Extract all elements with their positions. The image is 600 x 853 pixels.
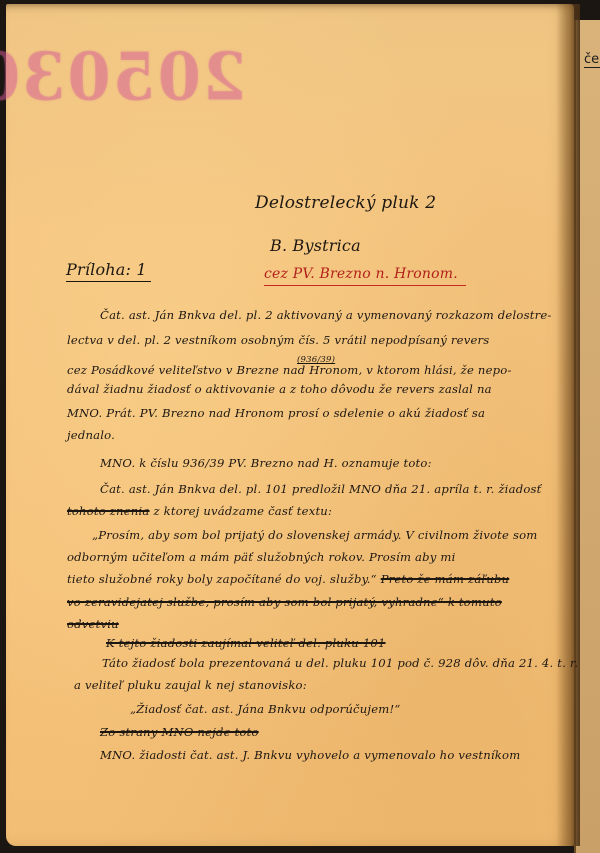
text-line: lectva v del. pl. 2 vestníkom osobným čí… bbox=[67, 335, 489, 347]
routing-note-red: cez PV. Brezno n. Hronom. bbox=[264, 266, 466, 286]
struck-text: tohoto znenia bbox=[67, 504, 150, 518]
text-line: tohoto znenia z ktorej uvádzame časť tex… bbox=[67, 506, 332, 518]
document-page bbox=[6, 4, 574, 846]
registry-stamp: 205030 bbox=[0, 39, 246, 116]
struck-line: odvetviu bbox=[67, 619, 119, 631]
text-line: Čat. ast. Ján Bnkva del. pl. 101 predlož… bbox=[100, 484, 542, 496]
quoted-line: tieto služobné roky boly započítané do v… bbox=[67, 574, 509, 586]
addressee-city: B. Bystrica bbox=[270, 236, 361, 255]
quoted-text: tieto služobné roky boly započítané do v… bbox=[67, 572, 377, 586]
text-line: Táto žiadosť bola prezentovaná u del. pl… bbox=[102, 658, 578, 670]
text-line: Čat. ast. Ján Bnkva del. pl. 2 aktivovan… bbox=[100, 310, 552, 322]
struck-line: Zo strany MNO nejde toto bbox=[100, 727, 259, 739]
underlying-page-text: če bbox=[584, 52, 600, 68]
text-line: cez Posádkové veliteľstvo v Brezne nad H… bbox=[67, 365, 512, 377]
text-line: dával žiadnu žiadosť o aktivovanie a z t… bbox=[67, 384, 492, 396]
addressee-unit: Delostrelecký pluk 2 bbox=[255, 193, 436, 213]
text-line: MNO. k číslu 936/39 PV. Brezno nad H. oz… bbox=[100, 458, 432, 470]
text-line: MNO. žiadosti čat. ast. J. Bnkvu vyhovel… bbox=[100, 750, 520, 762]
struck-text: Preto že mám záľubu bbox=[381, 572, 510, 586]
struck-line: K tejto žiadosti zaujímal veliteľ del. p… bbox=[106, 638, 386, 650]
quoted-line: „Žiadosť čat. ast. Jána Bnkvu odporúčuje… bbox=[130, 704, 400, 716]
attachment-label: Príloha: 1 bbox=[66, 260, 151, 282]
text-line: MNO. Prát. PV. Brezno nad Hronom prosí o… bbox=[67, 408, 485, 420]
quoted-line: „Prosím, aby som bol prijatý do slovensk… bbox=[92, 530, 538, 542]
page-fold-shadow bbox=[556, 4, 580, 846]
text-line: a veliteľ pluku zaujal k nej stanovisko: bbox=[74, 680, 307, 692]
text-line: jednalo. bbox=[67, 430, 115, 442]
struck-line: vo zeravidejatej službe, prosím aby som … bbox=[67, 597, 502, 609]
quoted-line: odborným učiteľom a mám päť služobných r… bbox=[67, 552, 456, 564]
text-continuation: z ktorej uvádzame časť textu: bbox=[153, 504, 332, 518]
